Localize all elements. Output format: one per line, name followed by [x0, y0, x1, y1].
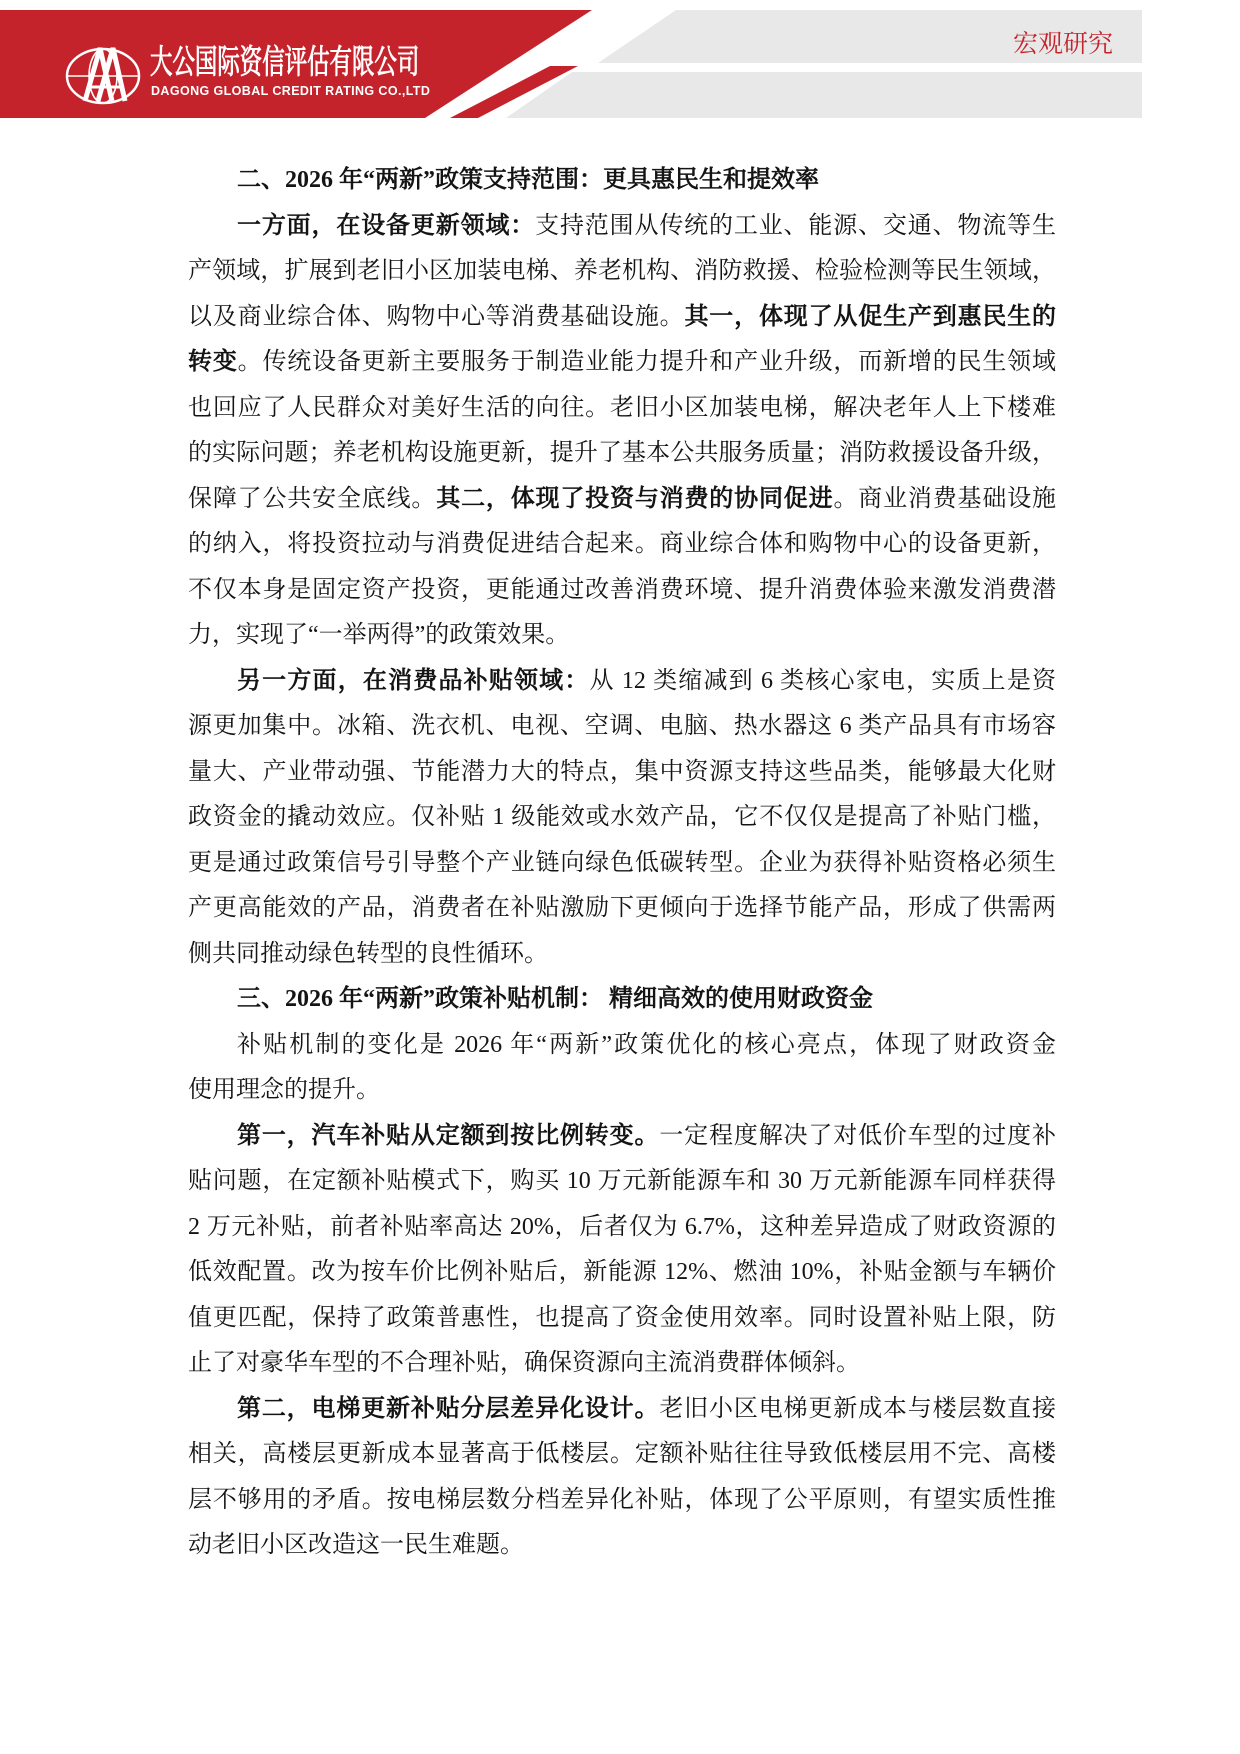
bold-text-segment: 三、2026 年“两新”政策补贴机制： 精细高效的使用财政资金 — [237, 986, 873, 1012]
bold-text-segment: 第一，汽车补贴从定额到按比例转变。 — [237, 1123, 659, 1149]
text-segment: 产更高能效的产品，消费者在补贴激励下更倾向于选择节能产品，形成了供需两 — [188, 895, 1056, 921]
text-line: 以及商业综合体、购物中心等消费基础设施。其一，体现了从促生产到惠民生的 — [188, 295, 1056, 341]
text-line: 值更匹配，保持了政策普惠性，也提高了资金使用效率。同时设置补贴上限，防 — [188, 1296, 1056, 1342]
text-line: 相关，高楼层更新成本显著高于低楼层。定额补贴往往导致低楼层用不完、高楼 — [188, 1432, 1056, 1478]
text-segment: 从 12 类缩减到 6 类核心家电，实质上是资 — [590, 668, 1056, 694]
gray-band-bottom — [506, 72, 1142, 118]
text-line: 转变。传统设备更新主要服务于制造业能力提升和产业升级，而新增的民生领域 — [188, 340, 1056, 386]
text-segment: 补贴机制的变化是 2026 年“两新”政策优化的核心亮点，体现了财政资金 — [237, 1032, 1056, 1058]
text-line: 的实际问题；养老机构设施更新，提升了基本公共服务质量；消防救援设备升级， — [188, 431, 1056, 477]
text-segment: 侧共同推动绿色转型的良性循环。 — [188, 941, 548, 967]
bold-text-segment: 另一方面，在消费品补贴领域： — [237, 668, 590, 694]
company-name-cn: 大公国际资信评估有限公司 — [150, 44, 419, 80]
text-line: 保障了公共安全底线。其二，体现了投资与消费的协同促进。商业消费基础设施 — [188, 477, 1056, 523]
text-line: 层不够用的矛盾。按电梯层数分档差异化补贴，体现了公平原则，有望实质性推 — [188, 1478, 1056, 1524]
text-segment: 支持范围从传统的工业、能源、交通、物流等生 — [535, 213, 1056, 239]
text-line: 源更加集中。冰箱、洗衣机、电视、空调、电脑、热水器这 6 类产品具有市场容 — [188, 704, 1056, 750]
text-segment: 更是通过政策信号引导整个产业链向绿色低碳转型。企业为获得补贴资格必须生 — [188, 850, 1056, 876]
text-segment: 一定程度解决了对低价车型的过度补 — [659, 1123, 1056, 1149]
text-segment: 值更匹配，保持了政策普惠性，也提高了资金使用效率。同时设置补贴上限，防 — [188, 1305, 1056, 1331]
text-line: 产更高能效的产品，消费者在补贴激励下更倾向于选择节能产品，形成了供需两 — [188, 886, 1056, 932]
text-line: 一方面，在设备更新领域：支持范围从传统的工业、能源、交通、物流等生 — [188, 204, 1056, 250]
document-body: 二、2026 年“两新”政策支持范围：更具惠民生和提效率一方面，在设备更新领域：… — [188, 158, 1056, 1569]
text-line: 也回应了人民群众对美好生活的向往。老旧小区加装电梯，解决老年人上下楼难 — [188, 386, 1056, 432]
company-name-en: DAGONG GLOBAL CREDIT RATING CO.,LTD — [151, 84, 430, 98]
text-segment: 贴问题，在定额补贴模式下，购买 10 万元新能源车和 30 万元新能源车同样获得 — [188, 1168, 1056, 1194]
text-line: 不仅本身是固定资产投资，更能通过改善消费环境、提升消费体验来激发消费潜 — [188, 568, 1056, 614]
report-page: 大公国际资信评估有限公司 DAGONG GLOBAL CREDIT RATING… — [0, 0, 1240, 1754]
text-line: 动老旧小区改造这一民生难题。 — [188, 1523, 1056, 1569]
text-line: 量大、产业带动强、节能潜力大的特点，集中资源支持这些品类，能够最大化财 — [188, 750, 1056, 796]
text-line: 使用理念的提升。 — [188, 1068, 1056, 1114]
text-segment: 老旧小区电梯更新成本与楼层数直接 — [659, 1396, 1056, 1422]
text-segment: 力，实现了“一举两得”的政策效果。 — [188, 622, 569, 648]
text-segment: 。商业消费基础设施 — [833, 486, 1056, 512]
text-line: 另一方面，在消费品补贴领域：从 12 类缩减到 6 类核心家电，实质上是资 — [188, 659, 1056, 705]
text-line: 的纳入，将投资拉动与消费促进结合起来。商业综合体和购物中心的设备更新， — [188, 522, 1056, 568]
globe-monogram-icon — [64, 42, 142, 108]
bold-text-segment: 转变 — [188, 349, 238, 375]
text-line: 侧共同推动绿色转型的良性循环。 — [188, 932, 1056, 978]
text-segment: 的实际问题；养老机构设施更新，提升了基本公共服务质量；消防救援设备升级， — [188, 440, 1056, 466]
bold-text-segment: 一方面，在设备更新领域： — [237, 213, 535, 239]
text-line: 政资金的撬动效应。仅补贴 1 级能效或水效产品，它不仅仅是提高了补贴门槛， — [188, 795, 1056, 841]
text-line: 产领域，扩展到老旧小区加装电梯、养老机构、消防救援、检验检测等民生领域， — [188, 249, 1056, 295]
text-line: 第一，汽车补贴从定额到按比例转变。一定程度解决了对低价车型的过度补 — [188, 1114, 1056, 1160]
text-segment: 以及商业综合体、购物中心等消费基础设施。 — [188, 304, 684, 330]
bold-text-segment: 第二，电梯更新补贴分层差异化设计。 — [237, 1396, 659, 1422]
bold-text-segment: 二、2026 年“两新”政策支持范围：更具惠民生和提效率 — [237, 167, 819, 193]
text-line: 二、2026 年“两新”政策支持范围：更具惠民生和提效率 — [188, 158, 1056, 204]
text-segment: 不仅本身是固定资产投资，更能通过改善消费环境、提升消费体验来激发消费潜 — [188, 577, 1056, 603]
text-segment: 层不够用的矛盾。按电梯层数分档差异化补贴，体现了公平原则，有望实质性推 — [188, 1487, 1056, 1513]
bold-text-segment: 其一，体现了从促生产到惠民生的 — [684, 304, 1056, 330]
text-segment: 动老旧小区改造这一民生难题。 — [188, 1532, 524, 1558]
text-segment: 源更加集中。冰箱、洗衣机、电视、空调、电脑、热水器这 6 类产品具有市场容 — [188, 713, 1056, 739]
text-segment: 保障了公共安全底线。 — [188, 486, 436, 512]
report-type-label: 宏观研究 — [1013, 24, 1113, 60]
text-line: 止了对豪华车型的不合理补贴，确保资源向主流消费群体倾斜。 — [188, 1341, 1056, 1387]
text-segment: 也回应了人民群众对美好生活的向往。老旧小区加装电梯，解决老年人上下楼难 — [188, 395, 1056, 421]
text-segment: 产领域，扩展到老旧小区加装电梯、养老机构、消防救援、检验检测等民生领域， — [188, 258, 1056, 284]
text-line: 补贴机制的变化是 2026 年“两新”政策优化的核心亮点，体现了财政资金 — [188, 1023, 1056, 1069]
text-segment: 2 万元补贴，前者补贴率高达 20%，后者仅为 6.7%，这种差异造成了财政资源… — [188, 1214, 1056, 1240]
text-line: 三、2026 年“两新”政策补贴机制： 精细高效的使用财政资金 — [188, 977, 1056, 1023]
text-segment: 止了对豪华车型的不合理补贴，确保资源向主流消费群体倾斜。 — [188, 1350, 860, 1376]
text-segment: 的纳入，将投资拉动与消费促进结合起来。商业综合体和购物中心的设备更新， — [188, 531, 1056, 557]
text-line: 更是通过政策信号引导整个产业链向绿色低碳转型。企业为获得补贴资格必须生 — [188, 841, 1056, 887]
text-segment: 相关，高楼层更新成本显著高于低楼层。定额补贴往往导致低楼层用不完、高楼 — [188, 1441, 1056, 1467]
text-line: 低效配置。改为按车价比例补贴后，新能源 12%、燃油 10%，补贴金额与车辆价 — [188, 1250, 1056, 1296]
text-line: 力，实现了“一举两得”的政策效果。 — [188, 613, 1056, 659]
text-segment: 低效配置。改为按车价比例补贴后，新能源 12%、燃油 10%，补贴金额与车辆价 — [188, 1259, 1056, 1285]
company-logo: 大公国际资信评估有限公司 DAGONG GLOBAL CREDIT RATING… — [0, 10, 600, 118]
text-segment: 量大、产业带动强、节能潜力大的特点，集中资源支持这些品类，能够最大化财 — [188, 759, 1056, 785]
text-segment: 政资金的撬动效应。仅补贴 1 级能效或水效产品，它不仅仅是提高了补贴门槛， — [188, 804, 1056, 830]
bold-text-segment: 其二，体现了投资与消费的协同促进 — [436, 486, 833, 512]
text-line: 2 万元补贴，前者补贴率高达 20%，后者仅为 6.7%，这种差异造成了财政资源… — [188, 1205, 1056, 1251]
text-segment: 使用理念的提升。 — [188, 1077, 380, 1103]
text-line: 第二，电梯更新补贴分层差异化设计。老旧小区电梯更新成本与楼层数直接 — [188, 1387, 1056, 1433]
text-segment: 。传统设备更新主要服务于制造业能力提升和产业升级，而新增的民生领域 — [238, 349, 1056, 375]
text-line: 贴问题，在定额补贴模式下，购买 10 万元新能源车和 30 万元新能源车同样获得 — [188, 1159, 1056, 1205]
